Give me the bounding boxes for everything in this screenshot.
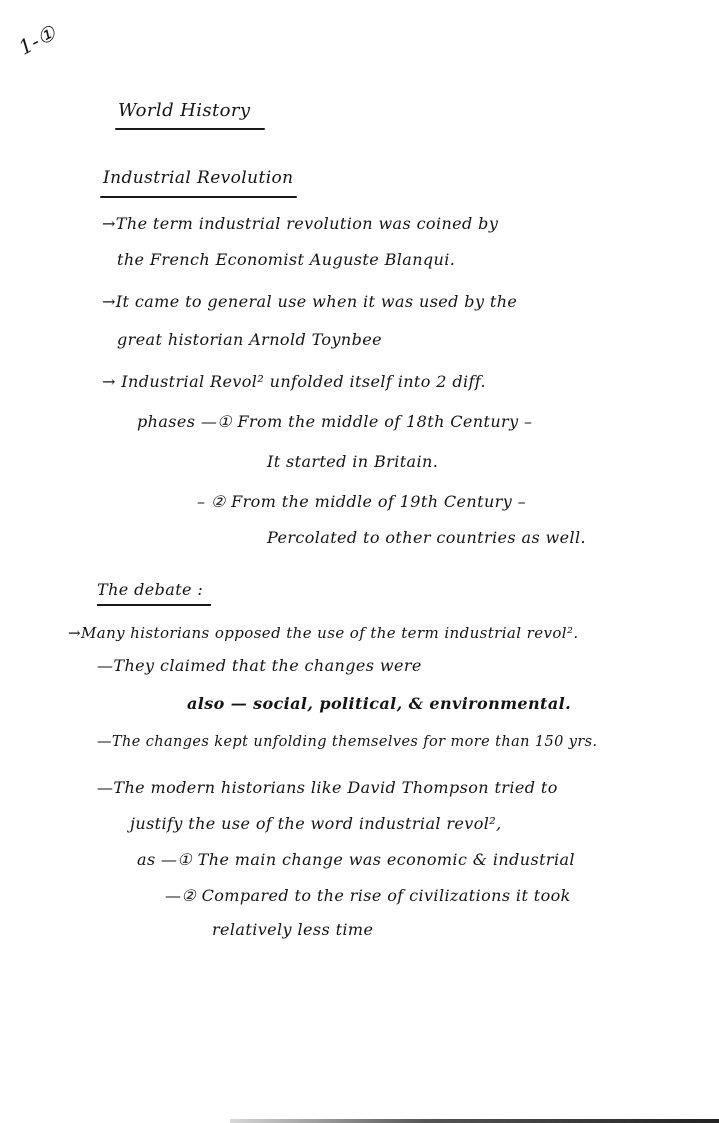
page-title: World History bbox=[118, 100, 250, 121]
note-line: —The changes kept unfolding themselves f… bbox=[97, 734, 598, 750]
debate-heading: The debate : bbox=[97, 580, 203, 599]
note-line: —② Compared to the rise of civilizations… bbox=[165, 886, 571, 905]
debate-underline bbox=[97, 604, 211, 606]
note-line: phases —① From the middle of 18th Centur… bbox=[137, 412, 532, 431]
note-line: justify the use of the word industrial r… bbox=[130, 814, 502, 833]
title-underline bbox=[115, 128, 265, 130]
note-line: also — social, political, & environmenta… bbox=[187, 694, 571, 713]
section-title-underline bbox=[100, 196, 297, 198]
note-line: →The term industrial revolution was coin… bbox=[102, 214, 498, 233]
note-line: → Industrial Revol² unfolded itself into… bbox=[102, 372, 486, 391]
note-line: great historian Arnold Toynbee bbox=[117, 330, 382, 349]
note-line: It started in Britain. bbox=[267, 452, 438, 471]
note-line: as —① The main change was economic & ind… bbox=[137, 850, 575, 869]
page-bottom-edge bbox=[230, 1119, 719, 1123]
note-line: →Many historians opposed the use of the … bbox=[68, 624, 579, 642]
page-number: 1-① bbox=[15, 20, 60, 59]
section-title: Industrial Revolution bbox=[103, 168, 294, 188]
note-line: the French Economist Auguste Blanqui. bbox=[117, 250, 455, 269]
note-line: Percolated to other countries as well. bbox=[267, 528, 586, 547]
note-line: —They claimed that the changes were bbox=[97, 656, 422, 675]
note-line: – ② From the middle of 19th Century – bbox=[197, 492, 526, 511]
note-line: relatively less time bbox=[212, 920, 373, 939]
note-line: →It came to general use when it was used… bbox=[102, 292, 517, 311]
note-line: —The modern historians like David Thomps… bbox=[97, 778, 558, 797]
